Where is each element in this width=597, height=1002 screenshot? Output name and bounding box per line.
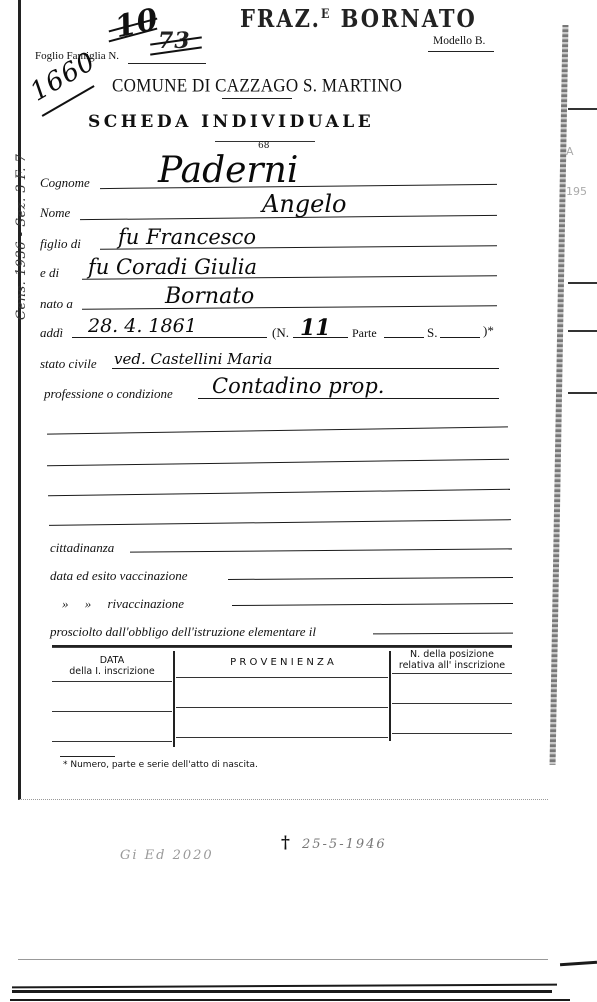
side-note-container: Cens. 1936 - Sez. 3 F. 7 — [14, 320, 34, 520]
birth-act-s-label: S. — [427, 325, 437, 341]
field-line-professione — [198, 398, 499, 399]
table-row-line — [176, 737, 388, 738]
table-column-separator — [173, 651, 175, 747]
stacked-page-edge — [560, 961, 597, 967]
adjacent-page-mark: 195 — [566, 185, 587, 198]
field-value-nato-a: Bornato — [165, 284, 254, 309]
birth-act-part-line — [384, 337, 424, 338]
field-value-cognome: Paderni — [158, 150, 298, 191]
field-label-figlio-di: figlio di — [40, 236, 81, 252]
comune-title: COMUNE DI CAZZAGO S. MARTINO — [112, 75, 402, 97]
birth-act-n-value: 11 — [300, 315, 331, 341]
table-header-posizione-line1: N. della posizione — [392, 649, 512, 660]
field-value-figlio-di: fu Francesco — [118, 225, 256, 249]
footnote: * Numero, parte e serie dell'atto di nas… — [63, 760, 258, 770]
death-cross-icon: † — [281, 833, 290, 853]
bottom-faint-note: Gi Ed 2020 — [120, 848, 214, 863]
adjacent-page-line — [568, 392, 597, 394]
modello-underline — [428, 51, 494, 52]
footnote-rule — [60, 756, 115, 757]
field-label-stato-civile: stato civile — [40, 356, 97, 372]
table-row-line — [392, 703, 512, 704]
table-row-line — [392, 673, 512, 674]
field-label-prosciolto: prosciolto dall'obbligo dell'istruzione … — [50, 624, 316, 640]
frazione-sup: E — [321, 6, 331, 21]
birth-act-n-label: (N. — [272, 325, 289, 341]
table-row-line — [392, 733, 512, 734]
field-label-addi: addì — [40, 325, 63, 341]
death-date: 25-5-1946 — [302, 837, 387, 852]
adjacent-page-line — [568, 108, 597, 110]
document-title: SCHEDA INDIVIDUALE — [88, 112, 374, 132]
adjacent-page-edge — [550, 25, 569, 765]
field-label-e-di: e di — [40, 265, 59, 281]
table-header-posizione: N. della posizione relativa all' inscriz… — [392, 649, 512, 671]
adjacent-page-line — [568, 330, 597, 332]
field-value-e-di: fu Coradi Giulia — [88, 255, 257, 279]
field-value-addi: 28. 4. 1861 — [88, 315, 197, 337]
birth-act-part-label: Parte — [352, 326, 377, 341]
table-header-data: DATA della I. inscrizione — [52, 655, 172, 677]
adjacent-page-line — [568, 282, 597, 284]
stacked-page-edge — [12, 990, 552, 993]
table-row-line — [52, 711, 172, 712]
field-label-vaccinazione: data ed esito vaccinazione — [50, 568, 188, 584]
frazione-name: BORNATO — [341, 4, 477, 33]
frazione-label: FRAZ. — [240, 4, 321, 33]
inscription-table: DATA della I. inscrizione P R O V E N I … — [52, 645, 512, 745]
side-census-note: Cens. 1936 - Sez. 3 F. 7 — [14, 154, 29, 320]
field-label-nato-a: nato a — [40, 296, 73, 312]
table-header-provenienza-label: P R O V E N I E N Z A — [176, 657, 388, 668]
table-header-provenienza: P R O V E N I E N Z A — [176, 657, 388, 668]
field-value-stato-civile: ved. Castellini Maria — [114, 350, 272, 368]
table-top-border — [52, 645, 512, 648]
table-row-line — [176, 677, 388, 678]
field-value-nome: Angelo — [262, 190, 346, 218]
field-label-cognome: Cognome — [40, 175, 90, 191]
field-value-professione: Contadino prop. — [212, 374, 384, 398]
stacked-page-edge — [18, 959, 548, 960]
table-header-data-line1: DATA — [52, 655, 172, 666]
field-label-nome: Nome — [40, 205, 70, 221]
adjacent-page-mark: A — [566, 145, 574, 158]
field-label-professione: professione o condizione — [44, 386, 173, 402]
frazione-stamp: FRAZ.E BORNATO — [240, 4, 477, 33]
field-label-rivaccinazione: » » rivaccinazione — [62, 596, 184, 612]
modello-label: Modello B. — [433, 35, 485, 47]
stacked-page-edge — [10, 999, 570, 1001]
field-label-cittadinanza: cittadinanza — [50, 540, 114, 556]
birth-act-close: )* — [483, 323, 494, 339]
stacked-page-edge — [12, 984, 557, 989]
foglio-famiglia-line — [128, 63, 206, 64]
field-line-addi — [72, 337, 267, 338]
comune-underline — [222, 98, 292, 99]
table-row-line — [52, 741, 172, 742]
birth-act-s-line — [440, 337, 480, 338]
table-header-posizione-line2: relativa all' inscrizione — [392, 660, 512, 671]
table-header-data-line2: della I. inscrizione — [52, 666, 172, 677]
table-row-line — [176, 707, 388, 708]
field-line-stato-civile — [112, 368, 499, 369]
table-column-separator — [389, 651, 391, 741]
table-row-line — [52, 681, 172, 682]
